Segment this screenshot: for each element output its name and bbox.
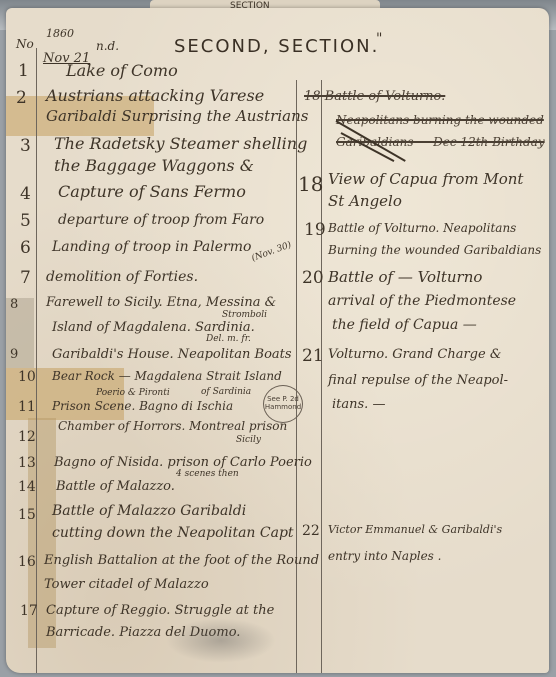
column-rule — [296, 80, 297, 673]
entry-line: View of Capua from Mont — [328, 172, 523, 187]
ink-smudge — [166, 618, 276, 663]
entry-line: Bagno of Nisida. prison of Carlo Poerio — [54, 456, 312, 469]
year: 1860 — [46, 28, 74, 39]
entry-line: The Radetsky Steamer shelling — [54, 136, 307, 152]
entry-number: 15 — [18, 508, 36, 522]
entry-note: (Nov. 30) — [251, 241, 293, 264]
entry-line: Prison Scene. Bagno di Ischia — [52, 400, 233, 412]
entry-line: Island of Magdalena. Sardinia. — [52, 321, 255, 334]
entry-line: itans. — — [332, 398, 385, 411]
entry-line: Victor Emmanuel & Garibaldi's — [328, 524, 502, 535]
entry-number: 8 — [10, 298, 18, 311]
entry-number: 14 — [18, 480, 36, 494]
entry-number: 19 — [304, 222, 326, 239]
entry-line: Capture of Reggio. Struggle at the — [46, 604, 274, 617]
margin-rule — [36, 48, 37, 673]
entry-number: 11 — [18, 400, 36, 414]
entry-number: 6 — [20, 240, 31, 257]
entry-line: Battle of — Volturno — [328, 270, 482, 285]
entry-number: 5 — [20, 213, 31, 230]
entry-number: 10 — [18, 370, 36, 384]
entry-number: 4 — [20, 186, 31, 203]
entry-line: Garibaldi's House. Neapolitan Boats — [52, 348, 292, 361]
entry-number: 20 — [302, 270, 324, 287]
entry-line: Austrians attacking Varese — [46, 88, 264, 104]
entry-line: Chamber of Horrors. Montreal prison — [58, 420, 287, 432]
entry-line: English Battalion at the foot of the Rou… — [44, 554, 319, 567]
entry-line: final repulse of the Neapol- — [328, 374, 508, 387]
entry-number: 9 — [10, 348, 18, 361]
entry-line: Battle of Volturno. Neapolitans — [328, 222, 516, 234]
entry-note: Poerio & Pironti — [96, 389, 170, 398]
entry-number: 7 — [20, 270, 31, 287]
entry-line: St Angelo — [328, 194, 402, 209]
entry-number: 16 — [18, 555, 36, 569]
entry-number: 2 — [16, 90, 27, 107]
date-abbrev: n.d. — [96, 40, 119, 52]
entry-number: 1 — [18, 63, 29, 80]
entry-number: 17 — [20, 604, 38, 618]
entry-line: Farewell to Sicily. Etna, Messina & — [46, 296, 276, 309]
entry-line: Bear Rock — Magdalena Strait Island — [52, 370, 282, 382]
entry-number: 22 — [302, 524, 320, 538]
circled-note-stamp: See P. 2d Hammond — [263, 385, 303, 423]
manuscript-page: No 1860 Nov 21 n.d. SECOND, SECTION. " 1… — [6, 8, 549, 673]
entry-number: 3 — [20, 138, 31, 155]
ditto-mark: " — [376, 32, 382, 46]
entry-line: Landing of troop in Palermo — [52, 240, 251, 254]
entry-line: Lake of Como — [66, 63, 178, 79]
entry-line: Tower citadel of Malazzo — [44, 578, 209, 591]
entry-number: 21 — [302, 348, 324, 365]
column-rule — [321, 80, 322, 673]
entry-line: Garibaldi Surprising the Austrians — [46, 109, 308, 124]
entry-line: cutting down the Neapolitan Capt — [52, 526, 294, 540]
entry-note: Stromboli — [222, 311, 267, 320]
entry-line: Battle of Malazzo. — [56, 480, 175, 493]
entry-line: the Baggage Waggons & — [54, 158, 254, 174]
entry-line: of Sardinia — [201, 388, 251, 397]
entry-number: 12 — [18, 430, 36, 444]
entry-number: 13 — [18, 456, 36, 470]
number-column-label: No — [16, 38, 34, 50]
entry-number: 18 — [298, 174, 323, 194]
entry-line: demolition of Forties. — [46, 270, 198, 284]
struck-entry-line: Neapolitans burning the wounded — [336, 114, 544, 126]
entry-line: Sicily — [236, 436, 261, 445]
entry-line: the field of Capua — — [332, 318, 477, 332]
entry-line: departure of troop from Faro — [58, 213, 264, 227]
struck-entry-line: 18 Battle of Volturno. — [304, 90, 445, 103]
entry-line: Burning the wounded Garibaldians — [328, 244, 541, 256]
entry-line: Volturno. Grand Charge & — [328, 348, 501, 361]
page-title: SECOND, SECTION. — [174, 36, 379, 57]
entry-line: arrival of the Piedmontese — [328, 294, 516, 308]
entry-note: 4 scenes then — [176, 470, 239, 479]
entry-note: Del. m. fr. — [206, 335, 251, 344]
entry-line: Capture of Sans Fermo — [58, 184, 246, 200]
entry-line: entry into Naples . — [328, 550, 441, 562]
entry-line: Battle of Malazzo Garibaldi — [52, 504, 246, 518]
